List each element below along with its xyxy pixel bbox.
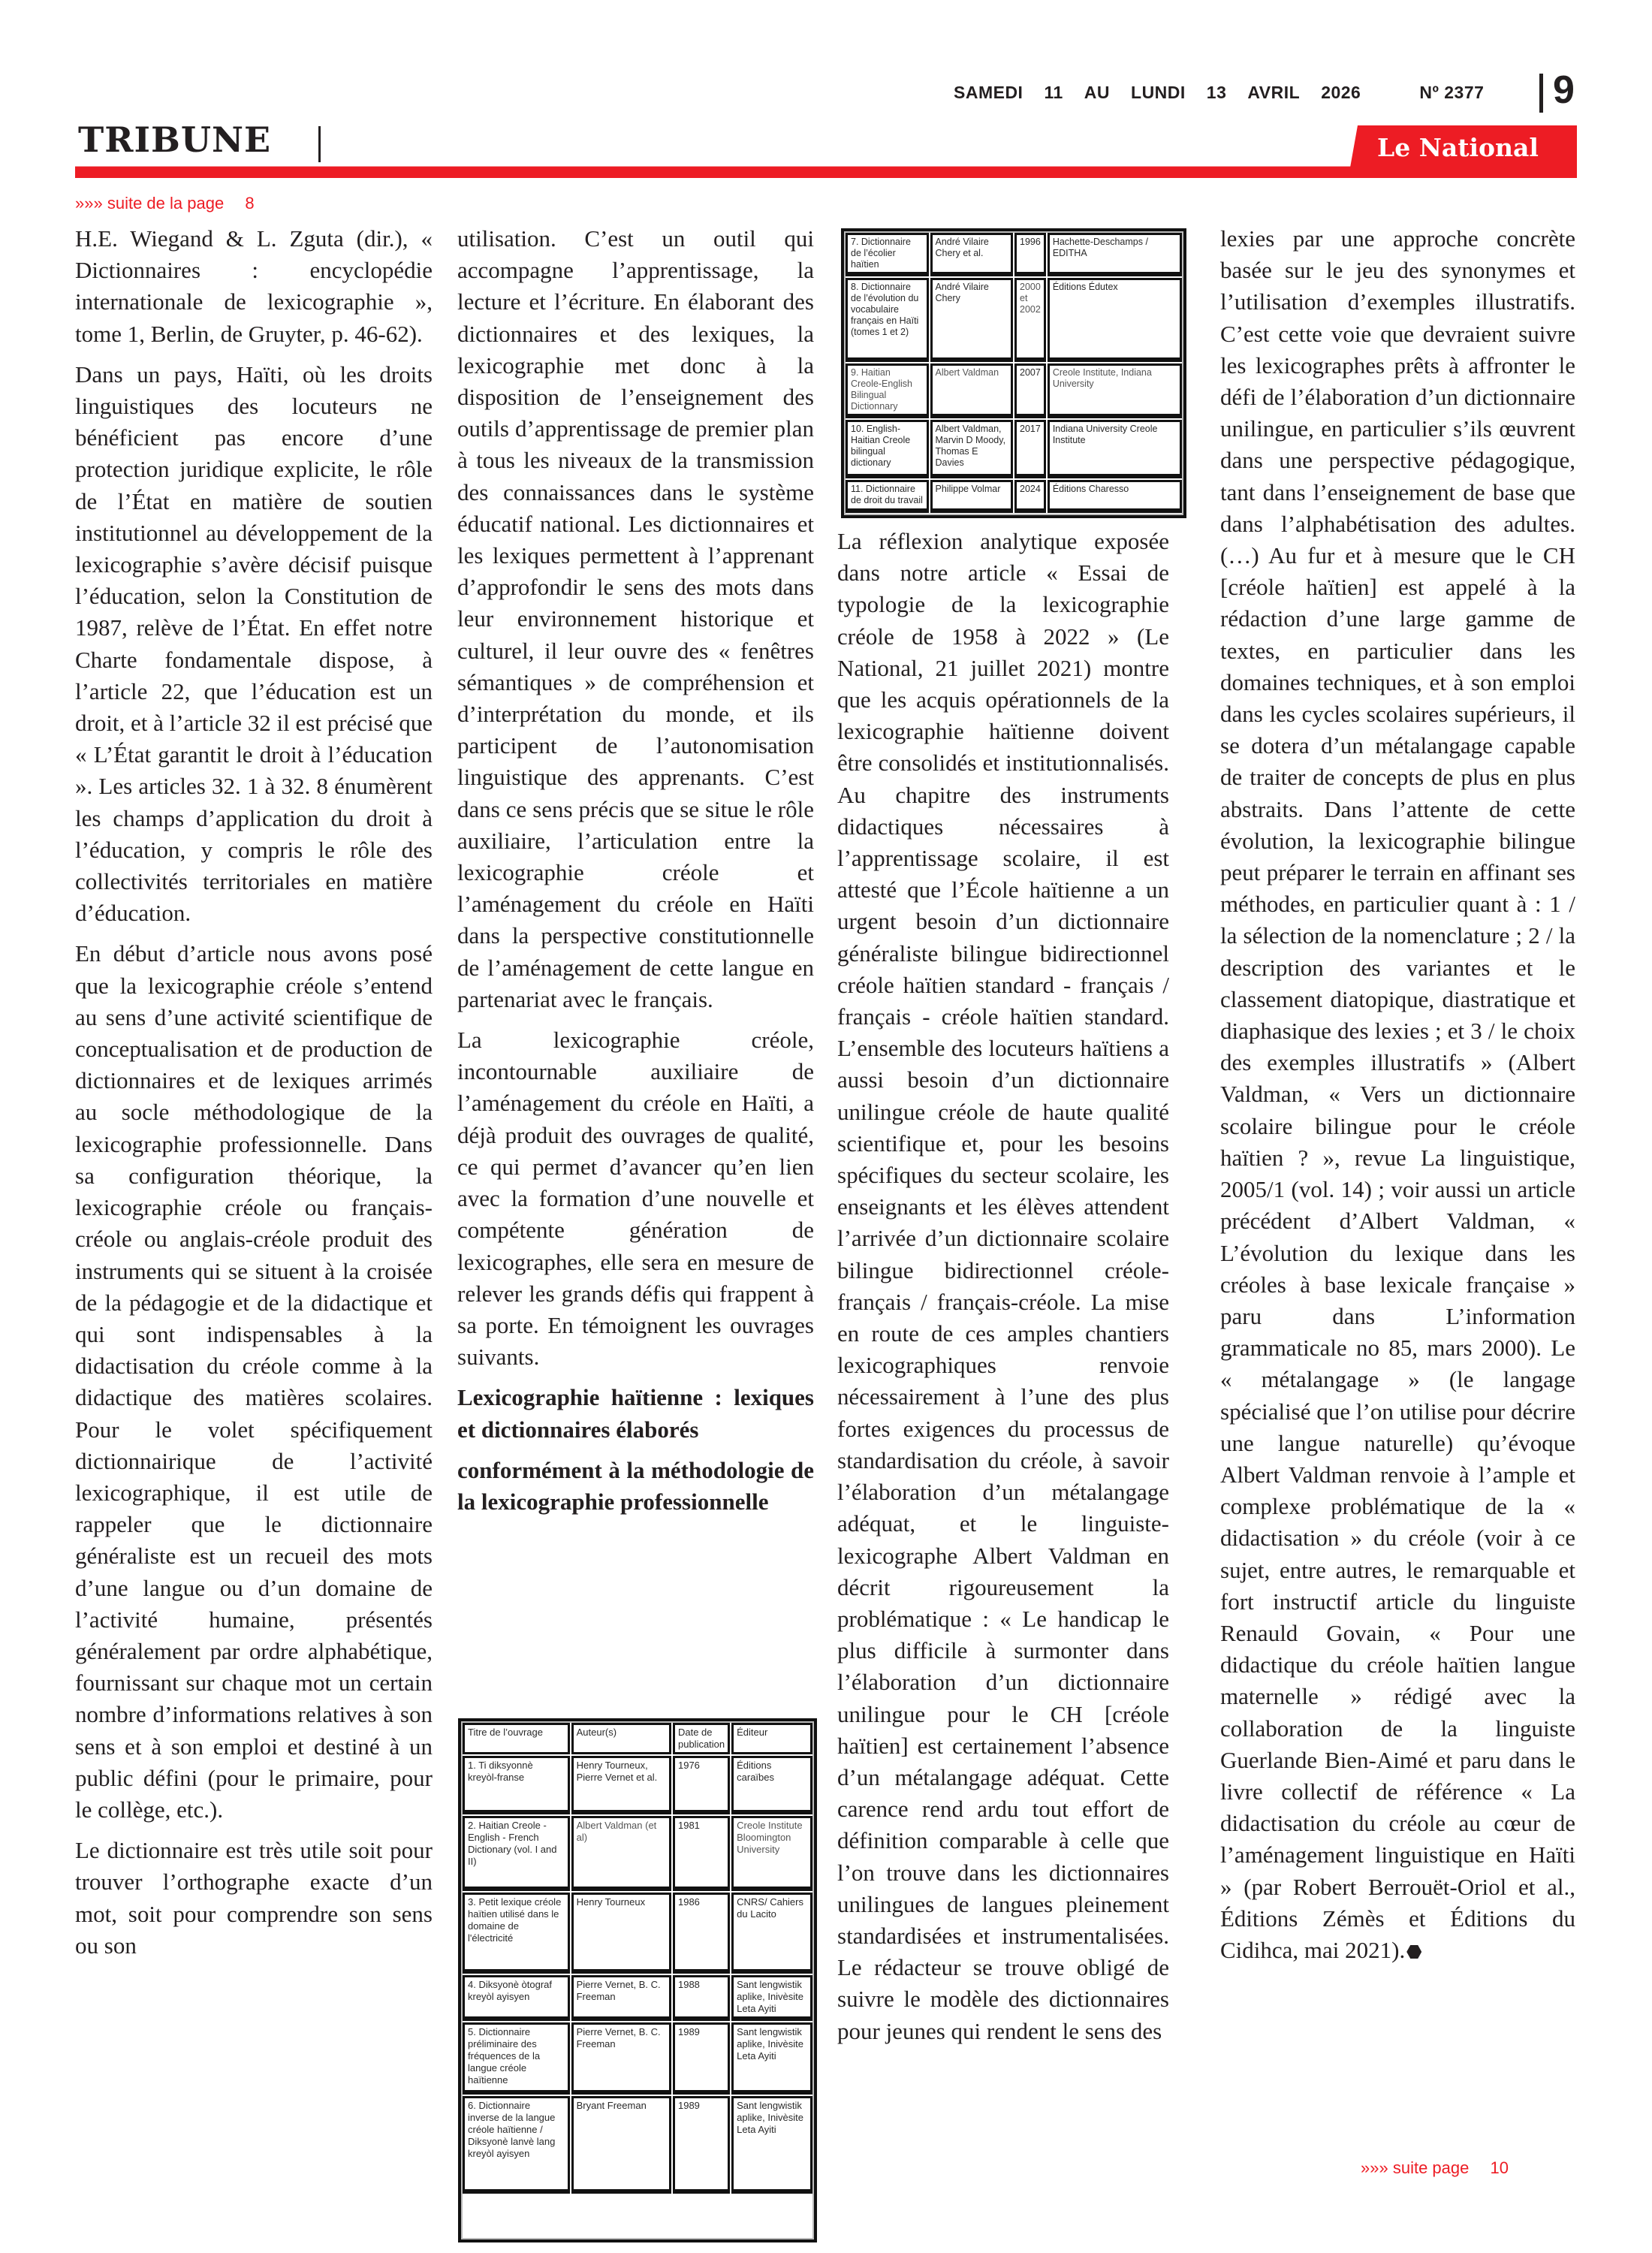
table-cell-title: 4. Diksyonè òtograf kreyòl ayisyen (463, 1975, 570, 2021)
table-header-cell: Titre de l’ouvrage (463, 1723, 570, 1754)
continued-arrows-icon: »»» (75, 194, 103, 213)
article-column-1: H.E. Wiegand & L. Zguta (dir.), « Dictio… (75, 223, 433, 1971)
table-cell-title: 6. Dictionnaire inverse de la langue cré… (463, 2096, 570, 2194)
table-cell-date: 1981 (673, 1816, 730, 1891)
table-cell-date: 2007 (1014, 363, 1046, 418)
paragraph: Dans un pays, Haïti, où les droits lingu… (75, 359, 433, 930)
dictionary-table-part-1: Titre de l’ouvrage Auteur(s) Date de pub… (458, 1718, 817, 2242)
table-cell-date: 2017 (1014, 420, 1046, 478)
continued-from-link[interactable]: »»» suite de la page 8 (75, 194, 255, 213)
section-title-divider (318, 126, 321, 162)
article-column-3: La réflexion analytique exposée dans not… (837, 526, 1169, 2056)
continued-on-link[interactable]: »»» suite page 10 (1361, 2158, 1509, 2178)
table-cell-authors: Bryant Freeman (571, 2096, 671, 2194)
table-row: 11. Dictionnaire de droit du travail Phi… (846, 480, 1182, 513)
table-cell-title: 8. Dictionnaire de l’évolution du vocabu… (846, 278, 929, 362)
dateline-year: 2026 (1321, 83, 1361, 102)
table-cell-title: 7. Dictionnaire de l’écolier haïtien (846, 233, 929, 276)
table-cell-authors: Albert Valdman (930, 363, 1014, 418)
table-header-cell: Éditeur (731, 1723, 812, 1754)
table-row: 9. Haitian Creole-English Bilingual Dict… (846, 363, 1182, 418)
table-header-cell: Auteur(s) (571, 1723, 671, 1754)
table-cell-publisher: Éditions Charesso (1048, 480, 1182, 513)
table-cell-authors: Albert Valdman, Marvin D Moody, Thomas E… (930, 420, 1014, 478)
newspaper-brand: Le National (1377, 133, 1539, 162)
table-cell-publisher: Creole Institute, Indiana University (1048, 363, 1182, 418)
dictionary-table-part-2: 7. Dictionnaire de l’écolier haïtien And… (841, 228, 1186, 518)
dateline-date-start: 11 (1044, 83, 1063, 102)
page-number-divider (1539, 74, 1543, 113)
table-cell-title: 10. English-Haitian Creole bilingual dic… (846, 420, 929, 478)
table-cell-date: 2000 et 2002 (1014, 278, 1046, 362)
dateline-day-start: SAMEDI (954, 83, 1023, 102)
continued-on-label: suite page (1393, 2158, 1470, 2177)
continued-from-label: suite de la page (107, 194, 224, 213)
hexagon-end-icon (1406, 1944, 1421, 1959)
table-cell-date: 2024 (1014, 480, 1046, 513)
dateline: SAMEDI11AULUNDI13AVRIL2026Nº 2377 (954, 83, 1505, 103)
table-cell-date: 1996 (1014, 233, 1046, 276)
paragraph: lexies par une approche concrète basée s… (1220, 223, 1575, 1966)
paragraph: La lexicographie créole, incontournable … (457, 1024, 814, 1373)
table-cell-title: 2. Haitian Creole - English - French Dic… (463, 1816, 570, 1891)
table-cell-publisher: Sant lengwistik aplike, Inivèsite Leta A… (731, 2096, 812, 2194)
table-cell-authors: Philippe Volmar (930, 480, 1014, 513)
subheading: conformément à la méthodologie de la lex… (457, 1455, 814, 1518)
subheading: Lexicographie haïtienne : lexiques et di… (457, 1382, 814, 1445)
table-cell-authors: Albert Valdman (et al) (571, 1816, 671, 1891)
continued-from-page: 8 (245, 194, 254, 213)
table-row: 4. Diksyonè òtograf kreyòl ayisyen Pierr… (463, 1975, 812, 2021)
table-cell-publisher: Sant lengwistik aplike, Inivèsite Leta A… (731, 1975, 812, 2021)
table-cell-authors: André Vilaire Chery (930, 278, 1014, 362)
table-cell-authors: Henry Tourneux, Pierre Vernet et al. (571, 1756, 671, 1814)
paragraph: H.E. Wiegand & L. Zguta (dir.), « Dictio… (75, 223, 433, 350)
paragraph: utilisation. C’est un outil qui accompag… (457, 223, 814, 1015)
paragraph: La réflexion analytique exposée dans not… (837, 526, 1169, 2047)
table-cell-title: 3. Petit lexique créole haïtien utilisé … (463, 1893, 570, 1974)
paragraph: En début d’article nous avons posé que l… (75, 938, 433, 1826)
table-row: 3. Petit lexique créole haïtien utilisé … (463, 1893, 812, 1974)
header-red-rule (75, 167, 1352, 178)
table-cell-date: 1986 (673, 1893, 730, 1974)
dateline-date-end: 13 (1207, 83, 1227, 102)
table-cell-publisher: Éditions caraïbes (731, 1756, 812, 1814)
dateline-connector: AU (1084, 83, 1110, 102)
table-cell-title: 1. Ti diksyonnè kreyòl-franse (463, 1756, 570, 1814)
table-cell-authors: Pierre Vernet, B. C. Freeman (571, 1975, 671, 2021)
table-cell-title: 9. Haitian Creole-English Bilingual Dict… (846, 363, 929, 418)
table-cell-authors: Henry Tourneux (571, 1893, 671, 1974)
table-cell-title: 11. Dictionnaire de droit du travail (846, 480, 929, 513)
paragraph-text: lexies par une approche concrète basée s… (1220, 225, 1575, 1963)
article-column-4: lexies par une approche concrète basée s… (1220, 223, 1575, 1975)
table-row: 7. Dictionnaire de l’écolier haïtien And… (846, 233, 1182, 276)
table-cell-publisher: CNRS/ Cahiers du Lacito (731, 1893, 812, 1974)
table-cell-date: 1976 (673, 1756, 730, 1814)
table-row: 1. Ti diksyonnè kreyòl-franse Henry Tour… (463, 1756, 812, 1814)
table-row: 10. English-Haitian Creole bilingual dic… (846, 420, 1182, 478)
continued-arrows-icon: »»» (1361, 2158, 1388, 2177)
table-cell-date: 1988 (673, 1975, 730, 2021)
table-row: 6. Dictionnaire inverse de la langue cré… (463, 2096, 812, 2194)
table-cell-publisher: Indiana University Creole Institute (1048, 420, 1182, 478)
continued-on-page: 10 (1491, 2158, 1509, 2177)
table-cell-authors: André Vilaire Chery et al. (930, 233, 1014, 276)
issue-number: Nº 2377 (1419, 83, 1484, 102)
table-row: 5. Dictionnaire préliminaire des fréquen… (463, 2022, 812, 2095)
dateline-day-end: LUNDI (1131, 83, 1186, 102)
table-header-row: Titre de l’ouvrage Auteur(s) Date de pub… (463, 1723, 812, 1754)
table-header-cell: Date de publication (673, 1723, 730, 1754)
section-title: TRIBUNE (78, 120, 271, 159)
article-column-2: utilisation. C’est un outil qui accompag… (457, 223, 814, 1527)
table-row: 8. Dictionnaire de l’évolution du vocabu… (846, 278, 1182, 362)
table-cell-authors: Pierre Vernet, B. C. Freeman (571, 2022, 671, 2095)
dateline-month: AVRIL (1247, 83, 1300, 102)
table-cell-publisher: Sant lengwistik aplike, Inivèsite Leta A… (731, 2022, 812, 2095)
table-cell-publisher: Éditions Édutex (1048, 278, 1182, 362)
table-cell-date: 1989 (673, 2022, 730, 2095)
page-number: 9 (1553, 69, 1575, 111)
table-cell-publisher: Creole Institute Bloomington University (731, 1816, 812, 1891)
table-cell-date: 1989 (673, 2096, 730, 2194)
paragraph: Le dictionnaire est très utile soit pour… (75, 1835, 433, 1962)
table-row: 2. Haitian Creole - English - French Dic… (463, 1816, 812, 1891)
table-cell-title: 5. Dictionnaire préliminaire des fréquen… (463, 2022, 570, 2095)
table-cell-publisher: Hachette-Deschamps / EDITHA (1048, 233, 1182, 276)
